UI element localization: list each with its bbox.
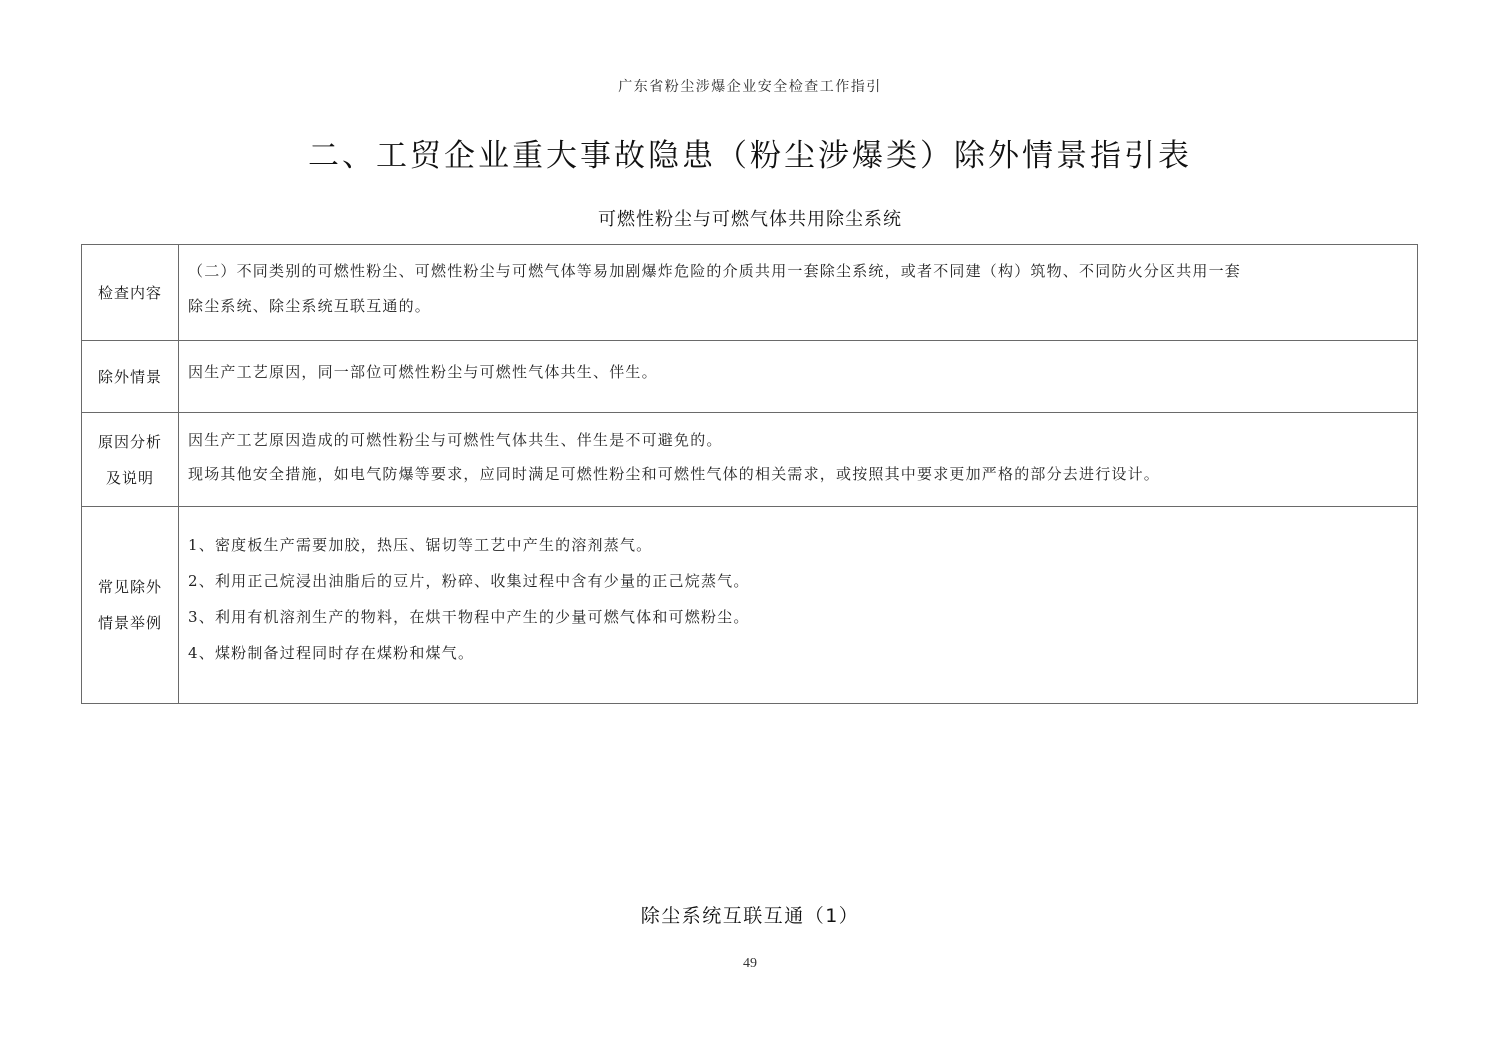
section-title: 可燃性粉尘与可燃气体共用除尘系统	[0, 205, 1500, 231]
page-number: 49	[0, 956, 1500, 972]
content-line: 除尘系统、除尘系统互联互通的。	[188, 289, 1407, 324]
content-line: （二）不同类别的可燃性粉尘、可燃性粉尘与可燃气体等易加剧爆炸危险的介质共用一套除…	[188, 254, 1407, 289]
page-title: 二、工贸企业重大事故隐患（粉尘涉爆类）除外情景指引表	[0, 130, 1500, 175]
row-content-exclusion-scenario: 因生产工艺原因，同一部位可燃性粉尘与可燃性气体共生、伴生。	[179, 341, 1418, 413]
row-content-reason-analysis: 因生产工艺原因造成的可燃性粉尘与可燃性气体共生、伴生是不可避免的。 现场其他安全…	[179, 413, 1418, 507]
example-item: 2、利用正己烷浸出油脂后的豆片，粉碎、收集过程中含有少量的正己烷蒸气。	[188, 563, 1407, 599]
content-line: 现场其他安全措施，如电气防爆等要求，应同时满足可燃性粉尘和可燃性气体的相关需求，…	[188, 457, 1407, 491]
row-label-line: 检查内容	[82, 275, 178, 311]
row-label-line: 及说明	[82, 460, 178, 496]
table-row-common-examples: 常见除外 情景举例 1、密度板生产需要加胶，热压、锯切等工艺中产生的溶剂蒸气。 …	[82, 507, 1418, 704]
row-label-exclusion-scenario: 除外情景	[82, 341, 179, 413]
row-label-common-examples: 常见除外 情景举例	[82, 507, 179, 704]
row-content-common-examples: 1、密度板生产需要加胶，热压、锯切等工艺中产生的溶剂蒸气。 2、利用正己烷浸出油…	[179, 507, 1418, 704]
row-label-line: 除外情景	[82, 359, 178, 395]
row-label-reason-analysis: 原因分析 及说明	[82, 413, 179, 507]
example-item: 1、密度板生产需要加胶，热压、锯切等工艺中产生的溶剂蒸气。	[188, 527, 1407, 563]
content-line: 因生产工艺原因，同一部位可燃性粉尘与可燃性气体共生、伴生。	[188, 355, 1407, 390]
running-header: 广东省粉尘涉爆企业安全检查工作指引	[0, 76, 1500, 96]
content-line: 因生产工艺原因造成的可燃性粉尘与可燃性气体共生、伴生是不可避免的。	[188, 423, 1407, 457]
example-item: 3、利用有机溶剂生产的物料，在烘干物程中产生的少量可燃气体和可燃粉尘。	[188, 599, 1407, 635]
row-label-inspection-content: 检查内容	[82, 245, 179, 341]
exclusion-guide-table: 检查内容 （二）不同类别的可燃性粉尘、可燃性粉尘与可燃气体等易加剧爆炸危险的介质…	[81, 244, 1418, 704]
row-label-line: 原因分析	[82, 424, 178, 460]
example-item: 4、煤粉制备过程同时存在煤粉和煤气。	[188, 635, 1407, 671]
table-row-inspection-content: 检查内容 （二）不同类别的可燃性粉尘、可燃性粉尘与可燃气体等易加剧爆炸危险的介质…	[82, 245, 1418, 341]
row-content-inspection-content: （二）不同类别的可燃性粉尘、可燃性粉尘与可燃气体等易加剧爆炸危险的介质共用一套除…	[179, 245, 1418, 341]
table-row-exclusion-scenario: 除外情景 因生产工艺原因，同一部位可燃性粉尘与可燃性气体共生、伴生。	[82, 341, 1418, 413]
figure-caption: 除尘系统互联互通（1）	[0, 901, 1500, 928]
row-label-line: 常见除外	[82, 569, 178, 605]
table-row-reason-analysis: 原因分析 及说明 因生产工艺原因造成的可燃性粉尘与可燃性气体共生、伴生是不可避免…	[82, 413, 1418, 507]
row-label-line: 情景举例	[82, 605, 178, 641]
